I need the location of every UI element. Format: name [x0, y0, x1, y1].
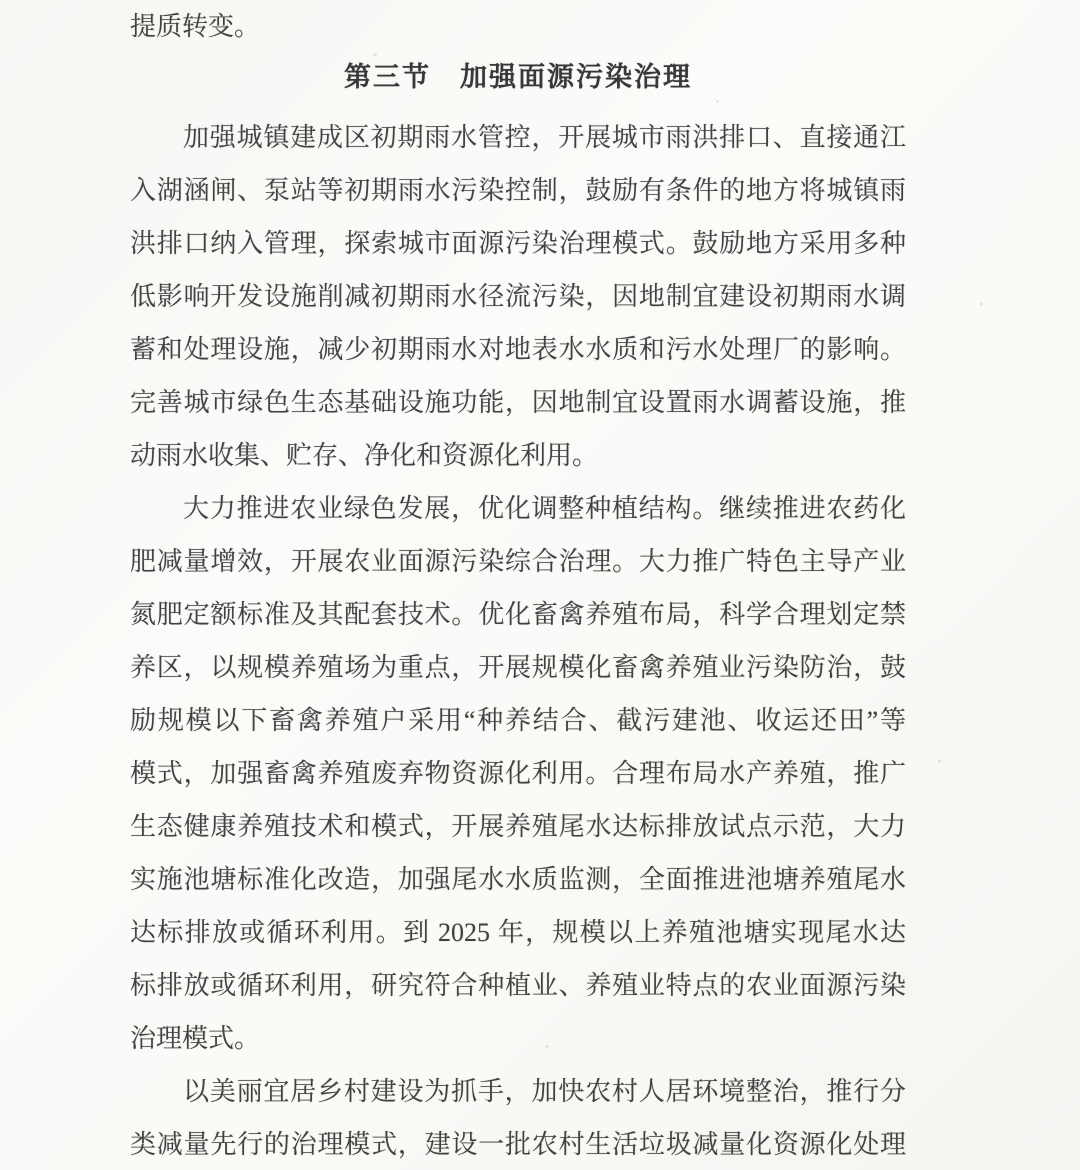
paragraph-2-line-1: 大力推进农业绿色发展，优化调整种植结构。继续推进农药化 — [130, 492, 906, 526]
paragraph-2-line-2: 肥减量增效，开展农业面源污染综合治理。大力推广特色主导产业 — [130, 545, 906, 579]
paragraph-3-line-1: 以美丽宜居乡村建设为抓手，加快农村人居环境整治，推行分 — [130, 1075, 906, 1109]
paragraph-3-line-2: 类减量先行的治理模式，建设一批农村生活垃圾减量化资源化处理 — [130, 1128, 906, 1162]
paragraph-2-line-3: 氮肥定额标准及其配套技术。优化畜禽养殖布局，科学合理划定禁 — [130, 598, 906, 632]
scanned-document-page: 提质转变。 第三节 加强面源污染治理 加强城镇建成区初期雨水管控，开展城市雨洪排… — [0, 0, 1080, 1170]
paragraph-1-line-2: 入湖涵闸、泵站等初期雨水污染控制，鼓励有条件的地方将城镇雨 — [130, 174, 906, 208]
scan-speck — [373, 53, 377, 56]
paragraph-2-line-5: 励规模以下畜禽养殖户采用“种养结合、截污建池、收运还田”等 — [130, 704, 906, 738]
paragraph-1-line-6: 完善城市绿色生态基础设施功能，因地制宜设置雨水调蓄设施，推 — [130, 386, 906, 420]
section-heading: 第三节 加强面源污染治理 — [130, 60, 906, 94]
paragraph-1-line-1: 加强城镇建成区初期雨水管控，开展城市雨洪排口、直接通江 — [130, 121, 906, 155]
paragraph-1-line-3: 洪排口纳入管理，探索城市面源污染治理模式。鼓励地方采用多种 — [130, 227, 906, 261]
paragraph-2-line-6: 模式，加强畜禽养殖废弃物资源化利用。合理布局水产养殖，推广 — [130, 757, 906, 791]
paragraph-2-line-4: 养区，以规模养殖场为重点，开展规模化畜禽养殖业污染防治，鼓 — [130, 651, 906, 685]
leading-paragraph-end-line: 提质转变。 — [130, 10, 906, 44]
scan-speck — [938, 760, 941, 763]
scan-speck — [545, 1045, 549, 1048]
paragraph-2-line-8: 实施池塘标准化改造，加强尾水水质监测，全面推进池塘养殖尾水 — [130, 863, 906, 897]
scan-speck — [980, 302, 983, 306]
paragraph-2-line-7: 生态健康养殖技术和模式，开展养殖尾水达标排放试点示范，大力 — [130, 810, 906, 844]
paragraph-1-line-7: 动雨水收集、贮存、净化和资源化利用。 — [130, 439, 906, 473]
paragraph-1-line-5: 蓄和处理设施，减少初期雨水对地表水水质和污水处理厂的影响。 — [130, 333, 906, 367]
paragraph-2-line-9: 达标排放或循环利用。到 2025 年，规模以上养殖池塘实现尾水达 — [130, 916, 906, 950]
scan-speck — [716, 100, 719, 103]
paragraph-1-line-4: 低影响开发设施削减初期雨水径流污染，因地制宜建设初期雨水调 — [130, 280, 906, 314]
paragraph-2-line-11: 治理模式。 — [130, 1022, 906, 1056]
paragraph-2-line-10: 标排放或循环利用，研究符合种植业、养殖业特点的农业面源污染 — [130, 969, 906, 1003]
